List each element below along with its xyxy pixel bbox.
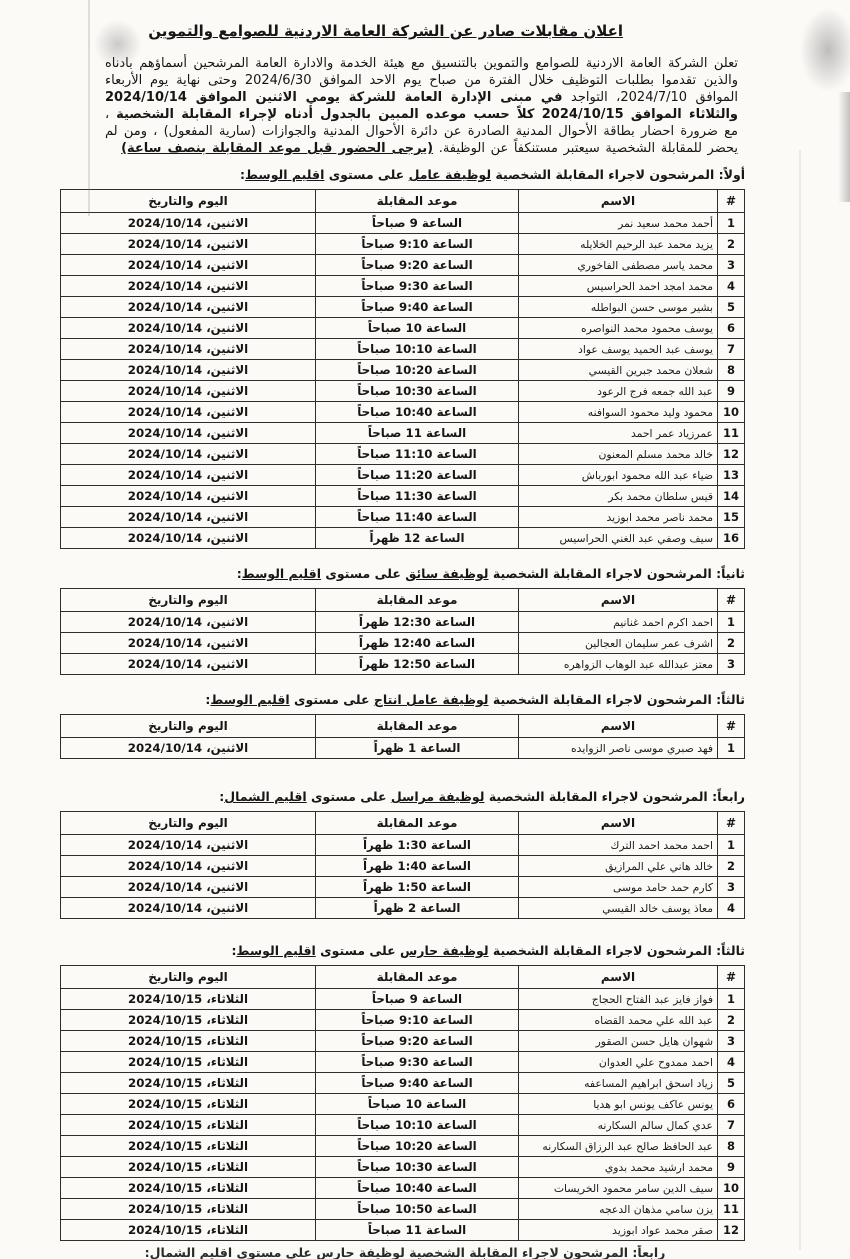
cell-name: احمد ممدوح علي العدوان [519, 1052, 718, 1073]
table-row: 7يوسف عبد الحميد يوسف عوادالساعة 10:10 ص… [61, 339, 745, 360]
table-row: 8عبد الحافظ صالح عبد الرزاق السكارنهالسا… [61, 1136, 745, 1157]
cell-name: بشير موسى حسن البواطله [519, 297, 718, 318]
candidates-table-production-central: # الاسم موعد المقابلة اليوم والتاريخ 1فه… [60, 714, 745, 759]
cell-name: كارم حمد حامد موسى [519, 877, 718, 898]
cell-time: الساعة 1 ظهراً [316, 738, 519, 759]
cell-number: 1 [718, 213, 745, 234]
cell-time: الساعة 9 صباحاً [316, 213, 519, 234]
cell-date: الثلاثاء، 2024/10/15 [61, 1010, 316, 1031]
cell-number: 11 [718, 1199, 745, 1220]
cell-name: ضياء عبد الله محمود ابورباش [519, 465, 718, 486]
candidates-table-courier-north: # الاسم موعد المقابلة اليوم والتاريخ 1اح… [60, 811, 745, 919]
column-header-date: اليوم والتاريخ [61, 589, 316, 612]
cell-number: 1 [718, 612, 745, 633]
cell-number: 4 [718, 1052, 745, 1073]
cell-time: الساعة 12:50 ظهراً [316, 654, 519, 675]
table-row: 4معاذ يوسف خالد القيسيالساعة 2 ظهراًالاث… [61, 898, 745, 919]
text-segment: لوظيفة سائق [405, 566, 488, 581]
cell-date: الاثنين، 2024/10/14 [61, 856, 316, 877]
cell-name: عبد الله علي محمد القضاه [519, 1010, 718, 1031]
cell-time: الساعة 10:40 صباحاً [316, 402, 519, 423]
cell-name: اشرف عمر سليمان العجالين [519, 633, 718, 654]
column-header-name: الاسم [519, 966, 718, 989]
table-header-row: # الاسم موعد المقابلة اليوم والتاريخ [61, 190, 745, 213]
table-row: 3كارم حمد حامد موسىالساعة 1:50 ظهراًالاث… [61, 877, 745, 898]
cell-time: الساعة 10 صباحاً [316, 318, 519, 339]
text-segment: ثانياً: المرشحون لاجراء المقابلة الشخصية [489, 566, 745, 581]
cell-time: الساعة 10:20 صباحاً [316, 360, 519, 381]
cell-name: يزيد محمد عبد الرحيم الخلايله [519, 234, 718, 255]
cell-time: الساعة 9:40 صباحاً [316, 1073, 519, 1094]
cell-time: الساعة 9:40 صباحاً [316, 297, 519, 318]
cell-number: 9 [718, 1157, 745, 1178]
text-segment: رابعاً: المرشحون لاجراء المقابلة الشخصية [484, 789, 745, 804]
table-row: 5زياد اسحق ابراهيم المساعفهالساعة 9:40 ص… [61, 1073, 745, 1094]
scanned-announcement-page: { "columns": ["#", "الاسم", "موعد المقاب… [0, 0, 850, 1259]
column-header-date: اليوم والتاريخ [61, 812, 316, 835]
table-row: 16سيف وصفي عبد الغني الحراسيسالساعة 12 ظ… [61, 528, 745, 549]
cell-time: الساعة 10:40 صباحاً [316, 1178, 519, 1199]
table-row: 2خالد هاني علي المرازيقالساعة 1:40 ظهراً… [61, 856, 745, 877]
cell-number: 11 [718, 423, 745, 444]
cell-number: 10 [718, 1178, 745, 1199]
table-row: 4محمد امجد احمد الحراسيسالساعة 9:30 صباح… [61, 276, 745, 297]
cell-name: قيس سلطان محمد بكر [519, 486, 718, 507]
text-segment: على مستوى [321, 566, 405, 581]
cell-number: 10 [718, 402, 745, 423]
cell-name: محمود وليد محمود السوافنه [519, 402, 718, 423]
table-row: 1فهد صبري موسى ناصر الزوايدهالساعة 1 ظهر… [61, 738, 745, 759]
cell-name: احمد محمد احمد الترك [519, 835, 718, 856]
cell-number: 2 [718, 633, 745, 654]
cell-name: فهد صبري موسى ناصر الزوايده [519, 738, 718, 759]
cell-name: يزن سامي مذهان الدعجه [519, 1199, 718, 1220]
cell-name: صقر محمد عواد ابوزيد [519, 1220, 718, 1241]
text-segment: أولاً: المرشحون لاجراء المقابلة الشخصية [491, 167, 745, 182]
text-segment: اقليم الوسط [237, 943, 316, 958]
scan-fold-line-right [799, 150, 801, 1250]
column-header-name: الاسم [519, 715, 718, 738]
table-header-row: # الاسم موعد المقابلة اليوم والتاريخ [61, 966, 745, 989]
cell-number: 5 [718, 297, 745, 318]
table-row: 12صقر محمد عواد ابوزيدالساعة 11 صباحاًال… [61, 1220, 745, 1241]
section-heading: ثالثاً: المرشحون لاجراء المقابلة الشخصية… [60, 943, 745, 958]
cell-date: الاثنين، 2024/10/14 [61, 276, 316, 297]
cell-date: الثلاثاء، 2024/10/15 [61, 1073, 316, 1094]
cell-number: 14 [718, 486, 745, 507]
cell-name: خالد هاني علي المرازيق [519, 856, 718, 877]
cell-number: 15 [718, 507, 745, 528]
table-row: 10سيف الدين سامر محمود الخريساتالساعة 10… [61, 1178, 745, 1199]
cell-time: الساعة 11:10 صباحاً [316, 444, 519, 465]
column-header-time: موعد المقابلة [316, 589, 519, 612]
cell-time: الساعة 11:20 صباحاً [316, 465, 519, 486]
cell-time: الساعة 12:40 ظهراً [316, 633, 519, 654]
cell-date: الاثنين، 2024/10/14 [61, 213, 316, 234]
table-row: 6يوسف محمود محمد النواصرهالساعة 10 صباحا… [61, 318, 745, 339]
cell-number: 3 [718, 1031, 745, 1052]
column-header-time: موعد المقابلة [316, 715, 519, 738]
cell-date: الاثنين، 2024/10/14 [61, 255, 316, 276]
table-row: 9محمد ارشيد محمد بدويالساعة 10:30 صباحاً… [61, 1157, 745, 1178]
cell-name: شهوان هايل حسن الصقور [519, 1031, 718, 1052]
cell-time: الساعة 12 ظهراً [316, 528, 519, 549]
text-segment: اقليم الوسط [242, 566, 321, 581]
column-header-name: الاسم [519, 190, 718, 213]
cell-time: الساعة 2 ظهراً [316, 898, 519, 919]
cell-date: الاثنين، 2024/10/14 [61, 877, 316, 898]
cell-time: الساعة 10:10 صباحاً [316, 1115, 519, 1136]
cell-number: 3 [718, 877, 745, 898]
cell-time: الساعة 9:10 صباحاً [316, 1010, 519, 1031]
cell-name: سيف وصفي عبد الغني الحراسيس [519, 528, 718, 549]
cell-date: الاثنين، 2024/10/14 [61, 318, 316, 339]
cell-date: الاثنين، 2024/10/14 [61, 360, 316, 381]
cell-number: 5 [718, 1073, 745, 1094]
cell-time: الساعة 10:20 صباحاً [316, 1136, 519, 1157]
cell-date: الثلاثاء، 2024/10/15 [61, 1136, 316, 1157]
table-row: 1احمد محمد احمد التركالساعة 1:30 ظهراًال… [61, 835, 745, 856]
cell-number: 1 [718, 835, 745, 856]
cell-date: الثلاثاء، 2024/10/15 [61, 1199, 316, 1220]
document-title: اعلان مقابلات صادر عن الشركة العامة الار… [148, 22, 623, 40]
cell-name: زياد اسحق ابراهيم المساعفه [519, 1073, 718, 1094]
column-header-name: الاسم [519, 812, 718, 835]
text-segment: اقليم الوسط [210, 692, 289, 707]
cell-time: الساعة 11 صباحاً [316, 1220, 519, 1241]
column-header-date: اليوم والتاريخ [61, 966, 316, 989]
cell-name: يوسف محمود محمد النواصره [519, 318, 718, 339]
column-header-time: موعد المقابلة [316, 190, 519, 213]
table-row: 1فواز فايز عبد الفتاح الحجاجالساعة 9 صبا… [61, 989, 745, 1010]
cell-date: الاثنين، 2024/10/14 [61, 633, 316, 654]
candidates-table-guard-central: # الاسم موعد المقابلة اليوم والتاريخ 1فو… [60, 965, 745, 1241]
announcement-paragraph: تعلن الشركة العامة الاردنية للصوامع والت… [105, 55, 738, 157]
cell-name: عبد الحافظ صالح عبد الرزاق السكارنه [519, 1136, 718, 1157]
text-segment: على مستوى [307, 789, 391, 804]
table-row: 1احمد اكرم احمد غنانيمالساعة 12:30 ظهراً… [61, 612, 745, 633]
cell-date: الثلاثاء، 2024/10/15 [61, 1094, 316, 1115]
cell-time: الساعة 11:30 صباحاً [316, 486, 519, 507]
cell-name: سيف الدين سامر محمود الخريسات [519, 1178, 718, 1199]
column-header-number: # [718, 190, 745, 213]
section-heading: ثانياً: المرشحون لاجراء المقابلة الشخصية… [60, 566, 745, 581]
table-row: 2اشرف عمر سليمان العجالينالساعة 12:40 ظه… [61, 633, 745, 654]
cell-date: الثلاثاء، 2024/10/15 [61, 1178, 316, 1199]
cell-number: 16 [718, 528, 745, 549]
cell-number: 2 [718, 1010, 745, 1031]
candidates-table-worker-central: # الاسم موعد المقابلة اليوم والتاريخ 1أح… [60, 189, 745, 549]
table-header-row: # الاسم موعد المقابلة اليوم والتاريخ [61, 589, 745, 612]
section-production-worker-central: ثالثاً: المرشحون لاجراء المقابلة الشخصية… [60, 692, 745, 759]
scan-smudge-right-edge [838, 92, 850, 202]
section-courier-north: رابعاً: المرشحون لاجراء المقابلة الشخصية… [60, 789, 745, 919]
cell-time: الساعة 9:20 صباحاً [316, 1031, 519, 1052]
text-segment: اقليم الشمال [224, 789, 306, 804]
cell-date: الاثنين، 2024/10/14 [61, 234, 316, 255]
cell-date: الثلاثاء، 2024/10/15 [61, 1052, 316, 1073]
cell-date: الاثنين، 2024/10/14 [61, 528, 316, 549]
cell-name: عدي كمال سالم السكارنه [519, 1115, 718, 1136]
column-header-number: # [718, 715, 745, 738]
table-row: 11يزن سامي مذهان الدعجهالساعة 10:50 صباح… [61, 1199, 745, 1220]
cell-time: الساعة 1:30 ظهراً [316, 835, 519, 856]
table-row: 4احمد ممدوح علي العدوانالساعة 9:30 صباحا… [61, 1052, 745, 1073]
section-heading: أولاً: المرشحون لاجراء المقابلة الشخصية … [60, 167, 745, 182]
cell-time: الساعة 10 صباحاً [316, 1094, 519, 1115]
column-header-number: # [718, 589, 745, 612]
cell-date: الثلاثاء، 2024/10/15 [61, 989, 316, 1010]
cell-number: 3 [718, 654, 745, 675]
cell-time: الساعة 9 صباحاً [316, 989, 519, 1010]
cell-time: الساعة 10:50 صباحاً [316, 1199, 519, 1220]
cell-name: معاذ يوسف خالد القيسي [519, 898, 718, 919]
cell-name: معتز عبدالله عبد الوهاب الزواهره [519, 654, 718, 675]
column-header-time: موعد المقابلة [316, 812, 519, 835]
document-header-area: اعلان مقابلات صادر عن الشركة العامة الار… [105, 0, 738, 157]
cell-name: عبد الله جمعه فرج الرعود [519, 381, 718, 402]
cell-number: 6 [718, 318, 745, 339]
cell-name: احمد اكرم احمد غنانيم [519, 612, 718, 633]
cell-time: الساعة 12:30 ظهراً [316, 612, 519, 633]
cell-number: 4 [718, 898, 745, 919]
cell-name: أحمد محمد سعيد نمر [519, 213, 718, 234]
cell-date: الاثنين، 2024/10/14 [61, 465, 316, 486]
table-row: 11عمرزياد عمر احمدالساعة 11 صباحاًالاثني… [61, 423, 745, 444]
cell-name: محمد ارشيد محمد بدوي [519, 1157, 718, 1178]
cell-date: الاثنين، 2024/10/14 [61, 402, 316, 423]
column-header-number: # [718, 966, 745, 989]
table-row: 10محمود وليد محمود السوافنهالساعة 10:40 … [61, 402, 745, 423]
cell-name: محمد امجد احمد الحراسيس [519, 276, 718, 297]
text-segment: لوظيفة عامل [409, 167, 491, 182]
text-segment: ثالثاً: المرشحون لاجراء المقابلة الشخصية [489, 692, 745, 707]
cell-date: الاثنين، 2024/10/14 [61, 486, 316, 507]
cell-time: الساعة 1:40 ظهراً [316, 856, 519, 877]
scan-smudge-top-right [800, 8, 850, 92]
tables-area: أولاً: المرشحون لاجراء المقابلة الشخصية … [60, 167, 745, 1241]
text-segment: لوظيفة عامل انتاج [374, 692, 489, 707]
table-row: 3محمد ياسر مصطفى الفاخوريالساعة 9:20 صبا… [61, 255, 745, 276]
cell-number: 4 [718, 276, 745, 297]
cell-time: الساعة 11 صباحاً [316, 423, 519, 444]
text-segment: (يرجى الحضور قبل موعد المقابلة بنصف ساعة… [121, 141, 433, 156]
table-row: 1أحمد محمد سعيد نمرالساعة 9 صباحاًالاثني… [61, 213, 745, 234]
cell-name: خالد محمد مسلم المعنون [519, 444, 718, 465]
cell-name: يونس عاكف يونس ابو هديا [519, 1094, 718, 1115]
cell-number: 12 [718, 444, 745, 465]
table-row: 12خالد محمد مسلم المعنونالساعة 11:10 صبا… [61, 444, 745, 465]
cell-number: 7 [718, 339, 745, 360]
cell-number: 1 [718, 738, 745, 759]
cell-date: الاثنين، 2024/10/14 [61, 835, 316, 856]
table-row: 15محمد ناصر محمد ابوزيدالساعة 11:40 صباح… [61, 507, 745, 528]
cell-name: فواز فايز عبد الفتاح الحجاج [519, 989, 718, 1010]
text-segment: على مستوى [316, 943, 400, 958]
cell-number: 8 [718, 360, 745, 381]
cell-number: 3 [718, 255, 745, 276]
cell-date: الثلاثاء، 2024/10/15 [61, 1220, 316, 1241]
cell-time: الساعة 1:50 ظهراً [316, 877, 519, 898]
cell-date: الثلاثاء، 2024/10/15 [61, 1031, 316, 1052]
table-row: 13ضياء عبد الله محمود ابورباشالساعة 11:2… [61, 465, 745, 486]
column-header-date: اليوم والتاريخ [61, 190, 316, 213]
cell-name: شعلان محمد جبرين القيسي [519, 360, 718, 381]
text-segment: على مستوى [324, 167, 408, 182]
cell-date: الاثنين، 2024/10/14 [61, 612, 316, 633]
cell-number: 9 [718, 381, 745, 402]
table-header-row: # الاسم موعد المقابلة اليوم والتاريخ [61, 812, 745, 835]
cell-time: الساعة 9:30 صباحاً [316, 1052, 519, 1073]
cell-number: 1 [718, 989, 745, 1010]
table-row: 2يزيد محمد عبد الرحيم الخلايلهالساعة 9:1… [61, 234, 745, 255]
cell-number: 13 [718, 465, 745, 486]
clipped-next-section-heading: رابعاً: المرشحون لاجراء المقابلة الشخصية… [65, 1245, 745, 1259]
column-header-date: اليوم والتاريخ [61, 715, 316, 738]
cell-time: الساعة 10:30 صباحاً [316, 381, 519, 402]
cell-date: الاثنين، 2024/10/14 [61, 381, 316, 402]
cell-time: الساعة 11:40 صباحاً [316, 507, 519, 528]
section-heading: رابعاً: المرشحون لاجراء المقابلة الشخصية… [60, 789, 745, 804]
cell-date: الاثنين، 2024/10/14 [61, 654, 316, 675]
cell-number: 6 [718, 1094, 745, 1115]
table-row: 3معتز عبدالله عبد الوهاب الزواهرهالساعة … [61, 654, 745, 675]
column-header-number: # [718, 812, 745, 835]
scan-fold-line-left [88, 0, 90, 216]
cell-number: 2 [718, 856, 745, 877]
cell-date: الاثنين، 2024/10/14 [61, 738, 316, 759]
cell-date: الاثنين، 2024/10/14 [61, 898, 316, 919]
section-guard-central: ثالثاً: المرشحون لاجراء المقابلة الشخصية… [60, 943, 745, 1241]
text-segment: على مستوى [290, 692, 374, 707]
column-header-name: الاسم [519, 589, 718, 612]
cell-date: الاثنين، 2024/10/14 [61, 507, 316, 528]
table-row: 14قيس سلطان محمد بكرالساعة 11:30 صباحاًا… [61, 486, 745, 507]
table-header-row: # الاسم موعد المقابلة اليوم والتاريخ [61, 715, 745, 738]
text-segment: ثالثاً: المرشحون لاجراء المقابلة الشخصية [489, 943, 745, 958]
cell-time: الساعة 10:10 صباحاً [316, 339, 519, 360]
text-segment: اقليم الوسط [245, 167, 324, 182]
cell-name: يوسف عبد الحميد يوسف عواد [519, 339, 718, 360]
table-row: 9عبد الله جمعه فرج الرعودالساعة 10:30 صب… [61, 381, 745, 402]
text-segment: لوظيفة مراسل [391, 789, 485, 804]
text-segment: لوظيفة حارس [400, 943, 488, 958]
cell-name: محمد ياسر مصطفى الفاخوري [519, 255, 718, 276]
cell-date: الثلاثاء، 2024/10/15 [61, 1157, 316, 1178]
cell-date: الاثنين، 2024/10/14 [61, 423, 316, 444]
table-row: 2عبد الله علي محمد القضاهالساعة 9:10 صبا… [61, 1010, 745, 1031]
section-driver-central: ثانياً: المرشحون لاجراء المقابلة الشخصية… [60, 566, 745, 675]
table-row: 7عدي كمال سالم السكارنهالساعة 10:10 صباح… [61, 1115, 745, 1136]
cell-number: 7 [718, 1115, 745, 1136]
cell-date: الاثنين، 2024/10/14 [61, 444, 316, 465]
cell-name: عمرزياد عمر احمد [519, 423, 718, 444]
column-header-time: موعد المقابلة [316, 966, 519, 989]
table-row: 5بشير موسى حسن البواطلهالساعة 9:40 صباحا… [61, 297, 745, 318]
cell-time: الساعة 10:30 صباحاً [316, 1157, 519, 1178]
cell-name: محمد ناصر محمد ابوزيد [519, 507, 718, 528]
scan-smudge-top-left [94, 20, 142, 68]
table-row: 6يونس عاكف يونس ابو هدياالساعة 10 صباحاً… [61, 1094, 745, 1115]
cell-time: الساعة 9:30 صباحاً [316, 276, 519, 297]
table-row: 3شهوان هايل حسن الصقورالساعة 9:20 صباحاً… [61, 1031, 745, 1052]
cell-time: الساعة 9:10 صباحاً [316, 234, 519, 255]
section-worker-central: أولاً: المرشحون لاجراء المقابلة الشخصية … [60, 167, 745, 549]
cell-date: الاثنين، 2024/10/14 [61, 297, 316, 318]
cell-number: 8 [718, 1136, 745, 1157]
table-row: 8شعلان محمد جبرين القيسيالساعة 10:20 صبا… [61, 360, 745, 381]
cell-time: الساعة 9:20 صباحاً [316, 255, 519, 276]
cell-date: الاثنين، 2024/10/14 [61, 339, 316, 360]
cell-number: 12 [718, 1220, 745, 1241]
candidates-table-driver-central: # الاسم موعد المقابلة اليوم والتاريخ 1اح… [60, 588, 745, 675]
cell-number: 2 [718, 234, 745, 255]
section-heading: ثالثاً: المرشحون لاجراء المقابلة الشخصية… [60, 692, 745, 707]
cell-date: الثلاثاء، 2024/10/15 [61, 1115, 316, 1136]
